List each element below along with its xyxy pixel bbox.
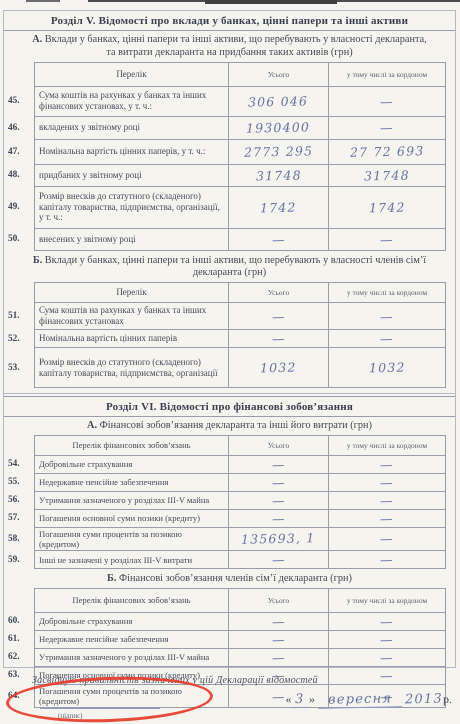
subtitle-prefix: Б.	[107, 573, 116, 584]
table-header-row: Перелік Усього у тому числі за кордоном	[35, 283, 445, 302]
handwritten-total: —	[271, 552, 285, 567]
handwritten-total: —	[271, 511, 285, 526]
section-vi-title: Розділ VI. Відомості про фінансові зобов…	[4, 396, 455, 417]
row-label: Погашення суми процентів за позикою (кре…	[35, 528, 228, 550]
table-row: 60. Добровільне страхування — —	[35, 612, 445, 630]
header-list: Перелік фінансових зобов’язань	[35, 436, 228, 455]
handwritten-abroad: —	[380, 650, 394, 665]
row-label: Номінальна вартість цінних паперів, у т.…	[35, 140, 228, 164]
table-row: 56. Утримання зазначеного у розділах III…	[35, 491, 445, 509]
handwritten-total: —	[271, 650, 285, 665]
header-total: Усього	[228, 63, 328, 86]
handwritten-abroad: —	[380, 231, 394, 246]
handwritten-total: 306 046	[248, 93, 308, 109]
declaration-form: Розділ V. Відомості про вклади у банках,…	[3, 10, 456, 668]
handwritten-abroad: 1032	[369, 360, 406, 376]
row-number: 56.	[8, 495, 32, 505]
row-label: Інші не зазначені у розділах III-V витра…	[35, 551, 228, 568]
table-row: 61. Недержавне пенсійне забезпечення — —	[35, 630, 445, 648]
handwritten-total: 1742	[260, 199, 297, 215]
handwritten-total: 31748	[255, 167, 301, 183]
table-v-b: Перелік Усього у тому числі за кордоном …	[34, 282, 446, 388]
handwritten-total: —	[271, 475, 285, 490]
row-label: вкладених у звітному році	[35, 117, 228, 139]
handwritten-total: —	[271, 308, 285, 323]
row-number: 53.	[8, 363, 32, 373]
subtitle-text: Фінансові зобов’язання декларанта та інш…	[100, 420, 372, 431]
row-number: 58.	[8, 534, 32, 544]
handwritten-abroad: —	[380, 120, 394, 135]
row-label: Погашення основної суми позики (кредиту)	[35, 510, 228, 527]
handwritten-abroad: —	[380, 552, 394, 567]
table-header-row: Перелік Усього у тому числі за кордоном	[35, 63, 445, 86]
header-list: Перелік фінансових зобов’язань	[35, 589, 228, 612]
handwritten-total: 135693, 1	[241, 531, 316, 548]
row-label: придбаних у звітному році	[35, 165, 228, 186]
table-header-row: Перелік фінансових зобов’язань Усього у …	[35, 436, 445, 455]
table-row: 45. Сума коштів на рахунках у банках та …	[35, 86, 445, 116]
row-number: 48.	[8, 170, 32, 180]
row-label: Утримання зазначеного у розділах III-V м…	[35, 649, 228, 666]
table-row: 58. Погашення суми процентів за позикою …	[35, 527, 445, 550]
handwritten-abroad: 1742	[369, 199, 406, 215]
table-row: 54. Добровільне страхування — —	[35, 455, 445, 473]
handwritten-total: —	[271, 493, 285, 508]
subtitle-text: Вклади у банках, цінні папери та інші ак…	[45, 34, 427, 58]
row-number: 46.	[8, 123, 32, 133]
handwritten-total: —	[271, 632, 285, 647]
row-label: Недержавне пенсійне забезпечення	[35, 631, 228, 648]
subtitle-prefix: А.	[32, 34, 42, 45]
handwritten-total: —	[271, 614, 285, 629]
header-abroad: у тому числі за кордоном	[328, 63, 445, 86]
table-row: 57. Погашення основної суми позики (кред…	[35, 509, 445, 527]
table-vi-a: Перелік фінансових зобов’язань Усього у …	[34, 435, 446, 569]
table-row: 49. Розмір внесків до статутного (складе…	[35, 186, 445, 228]
header-total: Усього	[228, 589, 328, 612]
year-suffix: р.	[443, 692, 452, 706]
section-v-title: Розділ V. Відомості про вклади у банках,…	[4, 11, 455, 31]
row-number: 59.	[8, 555, 32, 565]
row-number: 54.	[8, 459, 32, 469]
handwritten-total: —	[271, 457, 285, 472]
header-list: Перелік	[35, 63, 228, 86]
handwritten-abroad: 27 72 693	[350, 143, 425, 160]
header-list: Перелік	[35, 283, 228, 302]
subtitle-prefix: А.	[87, 420, 97, 431]
handwritten-abroad: —	[380, 457, 394, 472]
handwritten-total: 2773 295	[244, 143, 314, 159]
handwritten-abroad: —	[380, 511, 394, 526]
row-number: 51.	[8, 311, 32, 321]
subtitle-text: Вклади у банках, цінні папери та інші ак…	[45, 255, 426, 279]
scan-artifact-line	[26, 0, 60, 2]
table-header-row: Перелік фінансових зобов’язань Усього у …	[35, 589, 445, 612]
handwritten-year: 2013	[405, 692, 443, 708]
row-number: 47.	[8, 147, 32, 157]
table-row: 48. придбаних у звітному році 31748 3174…	[35, 164, 445, 186]
handwritten-abroad: —	[380, 331, 394, 346]
row-number: 60.	[8, 616, 32, 626]
handwritten-abroad: —	[380, 475, 394, 490]
handwritten-total: 1930400	[246, 119, 310, 135]
row-number: 45.	[8, 96, 32, 106]
table-row: 50. внесених у звітному році — —	[35, 228, 445, 250]
table-row: 55. Недержавне пенсійне забезпечення — —	[35, 473, 445, 491]
handwritten-abroad: 31748	[364, 167, 410, 183]
row-label: Розмір внесків до статутного (складеного…	[35, 187, 228, 228]
table-row: 52. Номінальна вартість цінних паперів —…	[35, 329, 445, 347]
row-number: 49.	[8, 202, 32, 212]
section-vi-b-subtitle: Б. Фінансові зобов’язання членів сім’ї д…	[27, 573, 433, 586]
scan-artifact-line	[205, 0, 337, 4]
row-label: Сума коштів на рахунках у банках та інши…	[35, 87, 228, 116]
row-number: 50.	[8, 234, 32, 244]
row-label: Сума коштів на рахунках у банках та інши…	[35, 303, 228, 329]
row-number: 55.	[8, 477, 32, 487]
row-label: внесених у звітному році	[35, 229, 228, 250]
table-row: 51. Сума коштів на рахунках у банках та …	[35, 302, 445, 329]
table-row: 59. Інші не зазначені у розділах III-V в…	[35, 550, 445, 568]
table-row: 47. Номінальна вартість цінних паперів, …	[35, 139, 445, 164]
header-abroad: у тому числі за кордоном	[328, 436, 445, 455]
header-abroad: у тому числі за кордоном	[328, 283, 445, 302]
subtitle-prefix: Б.	[33, 255, 42, 266]
section-v-b-subtitle: Б. Вклади у банках, цінні папери та інші…	[27, 255, 433, 281]
row-label: Добровільне страхування	[35, 456, 228, 473]
row-label: Утримання зазначеного у розділах III-V м…	[35, 492, 228, 509]
handwritten-total: —	[271, 331, 285, 346]
date-block: «3» вересня 2013р.	[285, 692, 452, 708]
handwritten-total: —	[271, 231, 285, 246]
subtitle-text: Фінансові зобов’язання членів сім’ї декл…	[119, 573, 352, 584]
handwritten-abroad: —	[380, 308, 394, 323]
section-divider	[4, 393, 455, 394]
handwritten-abroad: —	[380, 93, 394, 108]
row-number: 62.	[8, 652, 32, 662]
handwritten-month: вересня	[318, 691, 402, 709]
handwritten-total: 1032	[260, 360, 297, 376]
section-v-a-subtitle: А. Вклади у банках, цінні папери та інші…	[27, 34, 433, 60]
footer: Засвідчую правильність зазначених у цій …	[0, 670, 460, 724]
table-row: 53. Розмір внесків до статутного (складе…	[35, 347, 445, 387]
row-number: 57.	[8, 513, 32, 523]
section-vi-a-subtitle: А. Фінансові зобов’язання декларанта та …	[27, 420, 433, 433]
row-number: 61.	[8, 634, 32, 644]
row-label: Розмір внесків до статутного (складеного…	[35, 348, 228, 387]
handwritten-day: 3	[291, 692, 309, 708]
header-abroad: у тому числі за кордоном	[328, 589, 445, 612]
header-total: Усього	[228, 283, 328, 302]
handwritten-abroad: —	[380, 493, 394, 508]
handwritten-abroad: —	[380, 632, 394, 647]
row-label: Недержавне пенсійне забезпечення	[35, 474, 228, 491]
table-v-a: Перелік Усього у тому числі за кордоном …	[34, 62, 446, 251]
handwritten-abroad: —	[380, 614, 394, 629]
row-number: 52.	[8, 334, 32, 344]
quote-close: »	[309, 692, 315, 706]
table-row: 62. Утримання зазначеного у розділах III…	[35, 648, 445, 666]
row-label: Номінальна вартість цінних паперів	[35, 330, 228, 347]
row-label: Добровільне страхування	[35, 613, 228, 630]
handwritten-abroad: —	[380, 531, 394, 546]
header-total: Усього	[228, 436, 328, 455]
table-row: 46. вкладених у звітному році 1930400 —	[35, 116, 445, 139]
